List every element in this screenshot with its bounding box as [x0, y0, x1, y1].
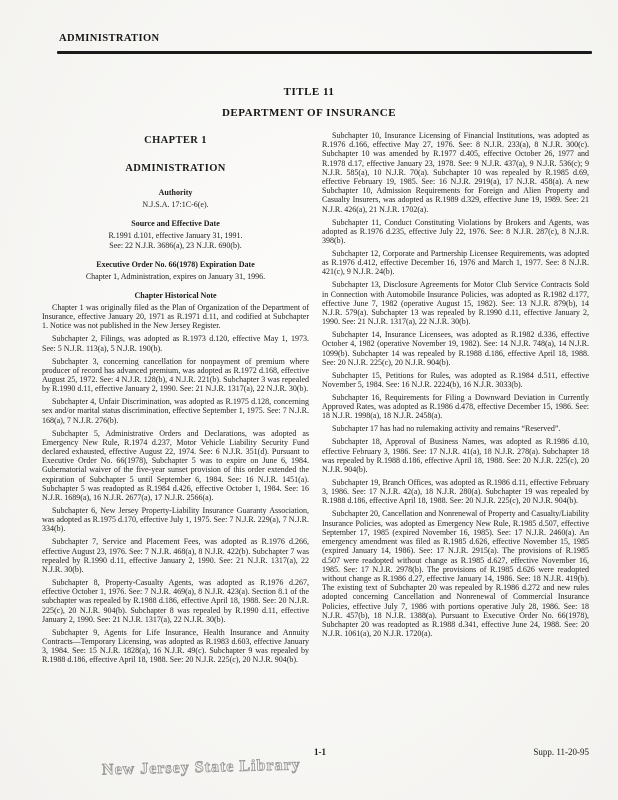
- chapter-historical-note-heading: Chapter Historical Note: [42, 291, 309, 300]
- source-effective-date-heading: Source and Effective Date: [42, 219, 309, 228]
- historical-note-paragraph: Subchapter 8, Property-Casualty Agents, …: [42, 578, 309, 624]
- two-column-body: CHAPTER 1 ADMINISTRATION Authority N.J.S…: [42, 131, 589, 668]
- historical-note-paragraph: Subchapter 10, Insurance Licensing of Fi…: [322, 131, 589, 214]
- expiration-text: Chapter 1, Administration, expires on Ja…: [42, 272, 309, 282]
- library-stamp: New Jersey State Library: [102, 756, 301, 779]
- source-citation-line: See: 22 N.J.R. 3686(a), 23 N.J.R. 690(b)…: [42, 241, 309, 251]
- source-citation-line: R.1991 d.101, effective January 31, 1991…: [42, 231, 309, 241]
- supplement-date: Supp. 11-20-95: [533, 747, 589, 757]
- document-page: ADMINISTRATION TITLE 11 DEPARTMENT OF IN…: [0, 0, 618, 800]
- page-title: TITLE 11: [0, 86, 618, 98]
- historical-note-paragraph: Subchapter 6, New Jersey Property-Liabil…: [42, 506, 309, 534]
- historical-note-paragraph: Subchapter 11, Conduct Constituting Viol…: [322, 218, 589, 246]
- historical-note-paragraph: Subchapter 15, Petitions for Rules, was …: [322, 371, 589, 389]
- historical-note-paragraph: Subchapter 4, Unfair Discrimination, was…: [42, 397, 309, 425]
- historical-note-paragraph: Subchapter 2, Filings, was adopted as R.…: [42, 334, 309, 352]
- historical-note-paragraph: Subchapter 14, Insurance Licensees, was …: [322, 330, 589, 367]
- chapter-number-heading: CHAPTER 1: [42, 135, 309, 146]
- historical-note-paragraph: Subchapter 17 has had no rulemaking acti…: [322, 424, 589, 433]
- header-rule: [57, 51, 592, 54]
- historical-note-paragraph: Subchapter 9, Agents for Life Insurance,…: [42, 628, 309, 665]
- historical-note-paragraph: Subchapter 13, Disclosure Agreements for…: [322, 280, 589, 326]
- historical-note-paragraph: Subchapter 20, Cancellation and Nonrenew…: [322, 509, 589, 638]
- historical-note-paragraph: Subchapter 3, concerning cancellation fo…: [42, 357, 309, 394]
- historical-note-paragraph: Subchapter 5, Administrative Orders and …: [42, 429, 309, 503]
- historical-note-paragraph: Subchapter 7, Service and Placement Fees…: [42, 537, 309, 574]
- right-column: Subchapter 10, Insurance Licensing of Fi…: [322, 131, 589, 668]
- historical-note-paragraph: Subchapter 12, Corporate and Partnership…: [322, 249, 589, 277]
- running-header: ADMINISTRATION: [59, 33, 160, 44]
- historical-note-paragraph: Subchapter 16, Requirements for Filing a…: [322, 393, 589, 421]
- page-number: 1-1: [0, 747, 618, 757]
- historical-note-paragraph: Subchapter 19, Branch Offices, was adopt…: [322, 478, 589, 506]
- historical-note-paragraph: Chapter 1 was originally filed as the Pl…: [42, 303, 309, 331]
- left-column: CHAPTER 1 ADMINISTRATION Authority N.J.S…: [42, 131, 309, 668]
- authority-citation: N.J.S.A. 17:1C-6(e).: [42, 200, 309, 210]
- expiration-date-heading: Executive Order No. 66(1978) Expiration …: [42, 260, 309, 269]
- page-subtitle: DEPARTMENT OF INSURANCE: [0, 107, 618, 119]
- historical-note-paragraph: Subchapter 18, Approval of Business Name…: [322, 437, 589, 474]
- authority-heading: Authority: [42, 188, 309, 197]
- chapter-name-heading: ADMINISTRATION: [42, 163, 309, 174]
